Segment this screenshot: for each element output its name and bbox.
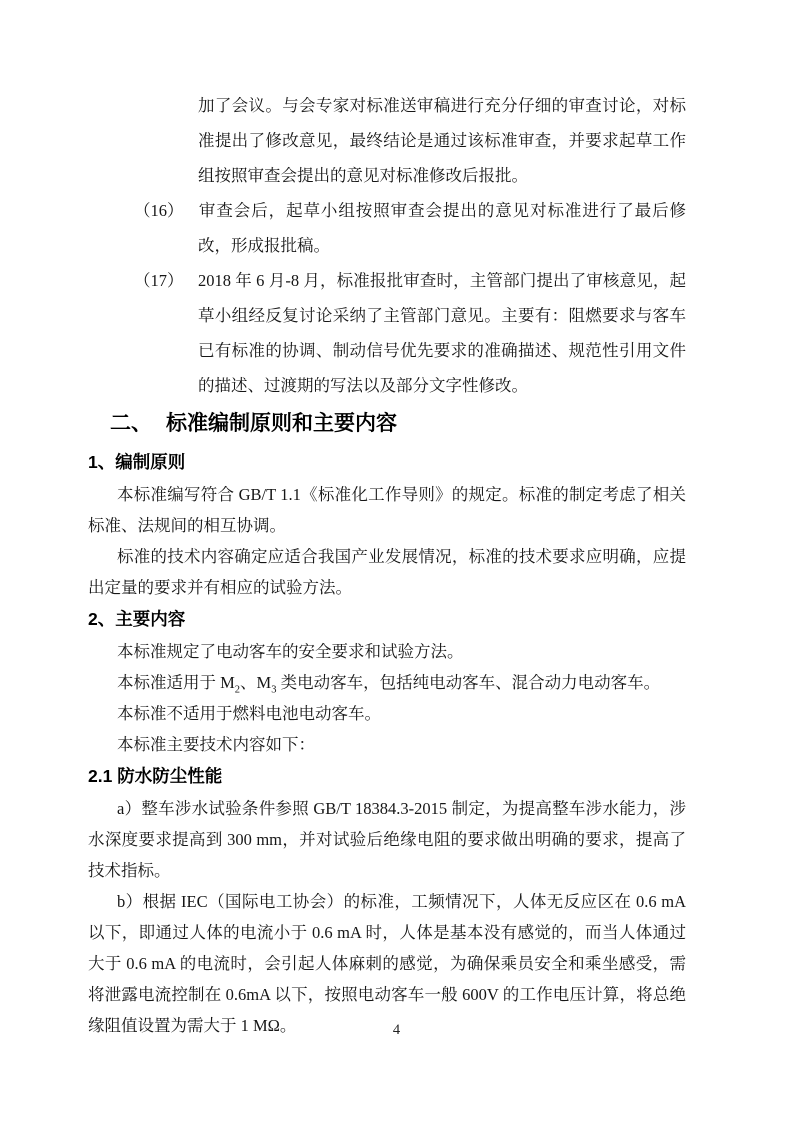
list-item-16-text: 审查会后，起草小组按照审查会提出的意见对标准进行了最后修改，形成报批稿。 [198, 201, 686, 255]
scope-text-mid: 、M [240, 673, 271, 692]
paragraph-principle-2: 标准的技术内容确定应适合我国产业发展情况，标准的技术要求应明确，应提出定量的要求… [88, 541, 686, 603]
section-heading-title: 标准编制原则和主要内容 [166, 412, 397, 435]
paragraph-scope-defines: 本标准规定了电动客车的安全要求和试验方法。 [88, 636, 686, 667]
section-heading-number: 二、 [110, 412, 152, 435]
list-item-17: （17）2018 年 6 月-8 月，标准报批审查时，主管部门提出了审核意见，起… [198, 263, 686, 403]
paragraph-scope-applies: 本标准适用于 M2、M3 类电动客车，包括纯电动客车、混合动力电动客车。 [88, 667, 686, 698]
list-item-17-text: 2018 年 6 月-8 月，标准报批审查时，主管部门提出了审核意见，起草小组经… [198, 271, 686, 395]
page-number: 4 [0, 1022, 793, 1039]
list-item-17-label: （17） [134, 263, 198, 298]
paragraph-principle-1: 本标准编写符合 GB/T 1.1《标准化工作导则》的规定。标准的制定考虑了相关标… [88, 479, 686, 541]
document-page: 加了会议。与会专家对标准送审稿进行充分仔细的审查讨论，对标准提出了修改意见，最终… [0, 0, 793, 1122]
list-item-16: （16）审查会后，起草小组按照审查会提出的意见对标准进行了最后修改，形成报批稿。 [198, 193, 686, 263]
paragraph-scope-excludes: 本标准不适用于燃料电池电动客车。 [88, 698, 686, 729]
list-item-15-continuation: 加了会议。与会专家对标准送审稿进行充分仔细的审查讨论，对标准提出了修改意见，最终… [198, 88, 686, 193]
subsection-heading-2-1: 2.1 防水防尘性能 [88, 760, 686, 793]
section-heading: 二、标准编制原则和主要内容 [110, 410, 686, 437]
paragraph-item-a: a）整车涉水试验条件参照 GB/T 18384.3-2015 制定，为提高整车涉… [88, 793, 686, 886]
scope-text-post: 类电动客车，包括纯电动客车、混合动力电动客车。 [276, 673, 660, 692]
scope-text-pre: 本标准适用于 M [117, 673, 235, 692]
paragraph-item-b: b）根据 IEC（国际电工协会）的标准，工频情况下，人体无反应区在 0.6 mA… [88, 886, 686, 1041]
numbered-list-block: 加了会议。与会专家对标准送审稿进行充分仔细的审查讨论，对标准提出了修改意见，最终… [88, 88, 686, 403]
subsection-heading-1: 1、编制原则 [88, 446, 686, 479]
paragraph-main-content-intro: 本标准主要技术内容如下： [88, 729, 686, 760]
list-item-16-label: （16） [134, 193, 198, 228]
subsection-heading-2: 2、主要内容 [88, 603, 686, 636]
